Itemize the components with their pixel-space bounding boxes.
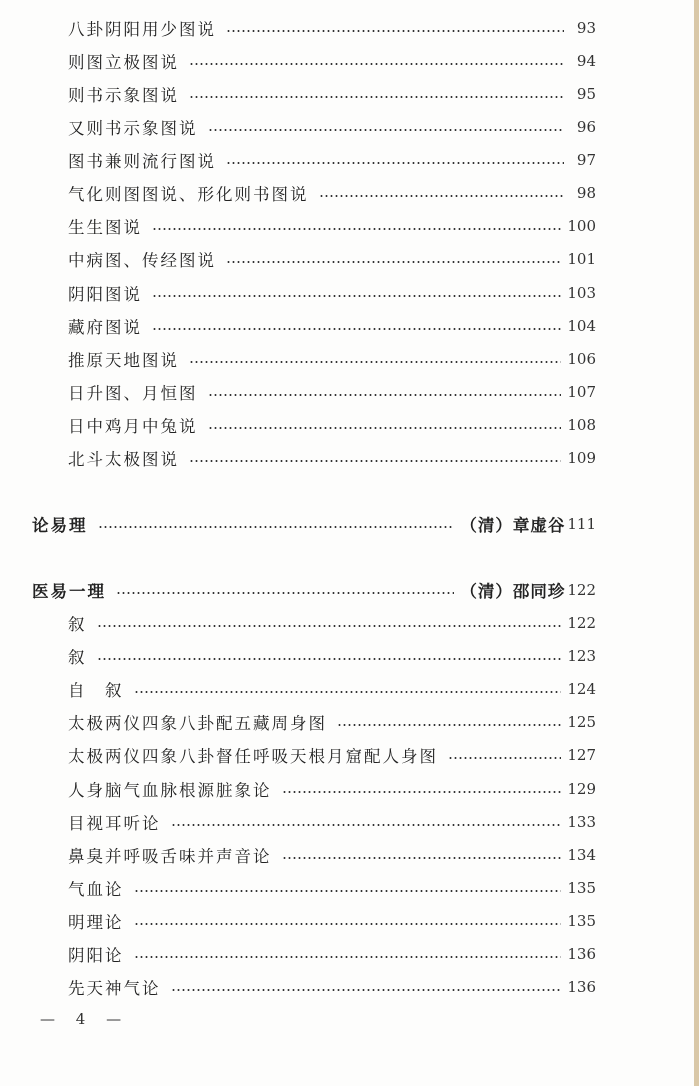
entry-title: 叙 <box>68 611 87 635</box>
entry-title: 阴阳论 <box>68 942 124 966</box>
toc-entry[interactable]: 目视耳听论 133 <box>68 809 596 835</box>
toc-entry[interactable]: 太极两仪四象八卦督任呼吸天根月窟配人身图 127 <box>68 742 596 768</box>
entry-page: 94 <box>570 52 596 70</box>
entry-page: 101 <box>567 250 596 268</box>
dot-leader <box>282 857 562 859</box>
entry-title: 日中鸡月中兔说 <box>68 413 198 437</box>
toc-entry[interactable]: 又则书示象图说 96 <box>68 114 596 140</box>
toc-entry[interactable]: 阴阳论 136 <box>68 941 596 967</box>
dot-leader <box>189 460 561 462</box>
entry-title: 则图立极图说 <box>68 49 179 73</box>
entry-page: 133 <box>567 813 596 831</box>
dot-leader <box>226 162 564 164</box>
entry-page: 123 <box>567 647 596 665</box>
entry-page: 103 <box>567 284 596 302</box>
dot-leader <box>208 427 562 429</box>
entry-title: 叙 <box>68 644 87 668</box>
entry-page: 129 <box>567 780 596 798</box>
toc-entry[interactable]: 人身脑气血脉根源脏象论 129 <box>68 776 596 802</box>
toc-entry[interactable]: 太极两仪四象八卦配五藏周身图 125 <box>68 709 596 735</box>
toc-section-entry[interactable]: 医易一理 （清）邵同珍 122 <box>32 577 596 603</box>
entry-page: 97 <box>570 151 596 169</box>
dot-leader <box>226 30 564 32</box>
entry-page: 95 <box>570 85 596 103</box>
entry-page: 135 <box>567 879 596 897</box>
entry-page: 122 <box>567 581 596 599</box>
dot-leader <box>189 361 561 363</box>
toc-entry[interactable]: 中病图、传经图说 101 <box>68 246 596 272</box>
toc-section-entry[interactable]: 论易理 （清）章虚谷 111 <box>32 511 596 537</box>
toc-entry[interactable]: 藏府图说 104 <box>68 313 596 339</box>
entry-page: 124 <box>567 680 596 698</box>
entry-page: 136 <box>567 978 596 996</box>
entry-title: 阴阳图说 <box>68 281 142 305</box>
dot-leader <box>134 890 562 892</box>
entry-title: 气血论 <box>68 876 124 900</box>
dot-leader <box>134 956 562 958</box>
entry-page: 136 <box>567 945 596 963</box>
dot-leader <box>337 724 561 726</box>
entry-title: 中病图、传经图说 <box>68 247 216 271</box>
toc-entry[interactable]: 日升图、月恒图 107 <box>68 379 596 405</box>
entry-page: 122 <box>567 614 596 632</box>
toc-entry[interactable]: 日中鸡月中兔说 108 <box>68 412 596 438</box>
entry-title: 则书示象图说 <box>68 82 179 106</box>
entry-title: 先天神气论 <box>68 975 161 999</box>
toc-entry[interactable]: 气血论 135 <box>68 875 596 901</box>
dot-leader <box>189 63 564 65</box>
entry-title: 目视耳听论 <box>68 810 161 834</box>
section-title: 医易一理 <box>32 578 106 602</box>
dot-leader <box>319 195 565 197</box>
entry-page: 125 <box>567 713 596 731</box>
page-number: — 4 — <box>40 1010 129 1028</box>
entry-title: 自 叙 <box>68 677 124 701</box>
toc-entry[interactable]: 则图立极图说 94 <box>68 48 596 74</box>
entry-title: 太极两仪四象八卦配五藏周身图 <box>68 710 327 734</box>
entry-page: 98 <box>570 184 596 202</box>
toc-entry[interactable]: 鼻臭并呼吸舌味并声音论 134 <box>68 842 596 868</box>
section-author: （清）章虚谷 <box>460 512 565 536</box>
dot-leader <box>189 96 564 98</box>
dot-leader <box>208 394 562 396</box>
toc-entry[interactable]: 叙 122 <box>68 610 596 636</box>
toc-entry[interactable]: 自 叙 124 <box>68 676 596 702</box>
entry-title: 又则书示象图说 <box>68 115 198 139</box>
toc-entry[interactable]: 图书兼则流行图说 97 <box>68 147 596 173</box>
dot-leader <box>171 989 562 991</box>
entry-page: 96 <box>570 118 596 136</box>
entry-page: 93 <box>570 19 596 37</box>
entry-page: 127 <box>567 746 596 764</box>
dot-leader <box>226 261 561 263</box>
toc-entry[interactable]: 推原天地图说 106 <box>68 346 596 372</box>
page-edge <box>694 0 699 1086</box>
toc-page: 八卦阴阳用少图说 93 则图立极图说 94 则书示象图说 95 又则书示象图说 … <box>0 0 694 1086</box>
section-author: （清）邵同珍 <box>460 578 565 602</box>
entry-title: 太极两仪四象八卦督任呼吸天根月窟配人身图 <box>68 743 438 767</box>
section-title: 论易理 <box>32 512 88 536</box>
toc-entry[interactable]: 气化则图图说、形化则书图说 98 <box>68 180 596 206</box>
entry-title: 北斗太极图说 <box>68 446 179 470</box>
entry-title: 图书兼则流行图说 <box>68 148 216 172</box>
entry-title: 生生图说 <box>68 214 142 238</box>
entry-page: 106 <box>567 350 596 368</box>
dot-leader <box>152 295 561 297</box>
dot-leader <box>97 658 562 660</box>
entry-title: 推原天地图说 <box>68 347 179 371</box>
dot-leader <box>171 824 562 826</box>
toc-entry[interactable]: 生生图说 100 <box>68 213 596 239</box>
entry-title: 八卦阴阳用少图说 <box>68 16 216 40</box>
dot-leader <box>448 757 561 759</box>
entry-page: 107 <box>567 383 596 401</box>
entry-page: 104 <box>567 317 596 335</box>
entry-title: 鼻臭并呼吸舌味并声音论 <box>68 843 272 867</box>
entry-page: 111 <box>567 515 596 533</box>
dot-leader <box>116 592 454 594</box>
dot-leader <box>152 328 561 330</box>
entry-page: 134 <box>567 846 596 864</box>
dot-leader <box>97 625 562 627</box>
dot-leader <box>134 923 562 925</box>
dot-leader <box>282 791 562 793</box>
entry-page: 100 <box>567 217 596 235</box>
toc-entry[interactable]: 先天神气论 136 <box>68 974 596 1000</box>
entry-title: 气化则图图说、形化则书图说 <box>68 181 309 205</box>
toc-entry[interactable]: 叙 123 <box>68 643 596 669</box>
dot-leader <box>152 228 561 230</box>
toc-entry[interactable]: 八卦阴阳用少图说 93 <box>68 15 596 41</box>
entry-page: 135 <box>567 912 596 930</box>
entry-title: 人身脑气血脉根源脏象论 <box>68 777 272 801</box>
entry-title: 藏府图说 <box>68 314 142 338</box>
dot-leader <box>98 526 455 528</box>
dot-leader <box>208 129 565 131</box>
entry-title: 明理论 <box>68 909 124 933</box>
entry-page: 109 <box>567 449 596 467</box>
dot-leader <box>134 691 562 693</box>
entry-page: 108 <box>567 416 596 434</box>
toc-entry[interactable]: 明理论 135 <box>68 908 596 934</box>
toc-entry[interactable]: 阴阳图说 103 <box>68 280 596 306</box>
entry-title: 日升图、月恒图 <box>68 380 198 404</box>
toc-entry[interactable]: 则书示象图说 95 <box>68 81 596 107</box>
toc-entry[interactable]: 北斗太极图说 109 <box>68 445 596 471</box>
